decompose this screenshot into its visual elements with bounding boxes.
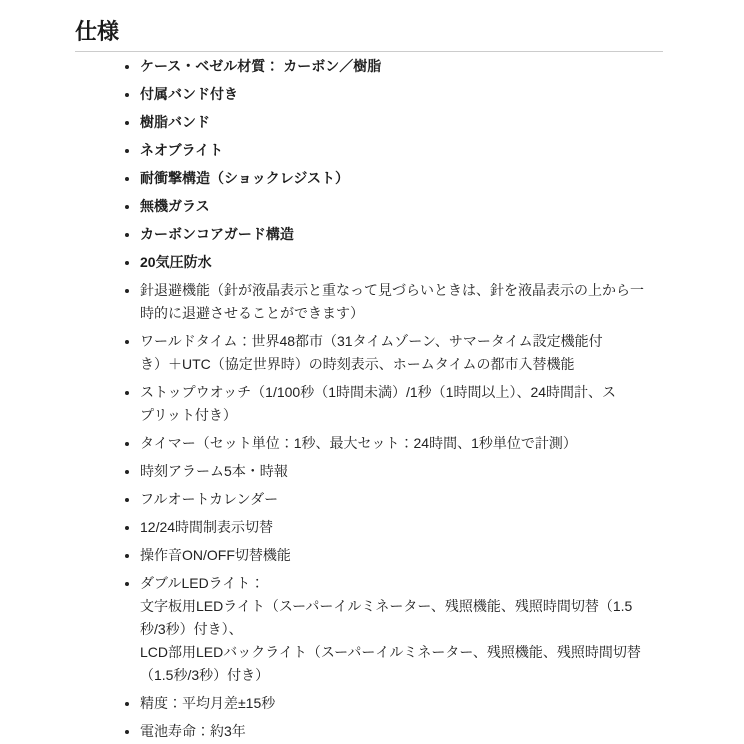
spec-item: 操作音ON/OFF切替機能 [140, 544, 665, 567]
spec-item: タイマー（セット単位：1秒、最大セット：24時間、1秒単位で計測） [140, 432, 665, 455]
spec-item: 20気圧防水 [140, 251, 665, 274]
spec-list: ケース・ベゼル材質： カーボン／樹脂 付属バンド付き 樹脂バンド ネオブライト … [75, 55, 744, 743]
spec-item: 時刻アラーム5本・時報 [140, 460, 665, 483]
spec-item: 無機ガラス [140, 195, 665, 218]
spec-item: 精度：平均月差±15秒 [140, 692, 665, 715]
spec-item: 12/24時間制表示切替 [140, 516, 665, 539]
spec-item: 針退避機能（針が液晶表示と重なって見づらいときは、針を液晶表示の上から一 時的に… [140, 279, 665, 325]
spec-item: 樹脂バンド [140, 111, 665, 134]
spec-item: カーボンコアガード構造 [140, 223, 665, 246]
spec-item: ダブルLEDライト： 文字板用LEDライト（スーパーイルミネーター、残照機能、残… [140, 572, 665, 687]
spec-item: ストップウオッチ（1/100秒（1時間未満）/1秒（1時間以上）、24時間計、ス… [140, 381, 665, 427]
spec-item: フルオートカレンダー [140, 488, 665, 511]
spec-item: ネオブライト [140, 139, 665, 162]
spec-item: 付属バンド付き [140, 83, 665, 106]
title-divider [75, 51, 663, 52]
page-title: 仕様 [75, 20, 744, 44]
spec-item: ワールドタイム：世界48都市（31タイムゾーン、サマータイム設定機能付 き）＋U… [140, 330, 665, 376]
spec-section: 仕様 ケース・ベゼル材質： カーボン／樹脂 付属バンド付き 樹脂バンド ネオブラ… [0, 0, 744, 743]
spec-item: ケース・ベゼル材質： カーボン／樹脂 [140, 55, 665, 78]
spec-item: 耐衝撃構造（ショックレジスト） [140, 167, 665, 190]
spec-item: 電池寿命：約3年 [140, 720, 665, 743]
